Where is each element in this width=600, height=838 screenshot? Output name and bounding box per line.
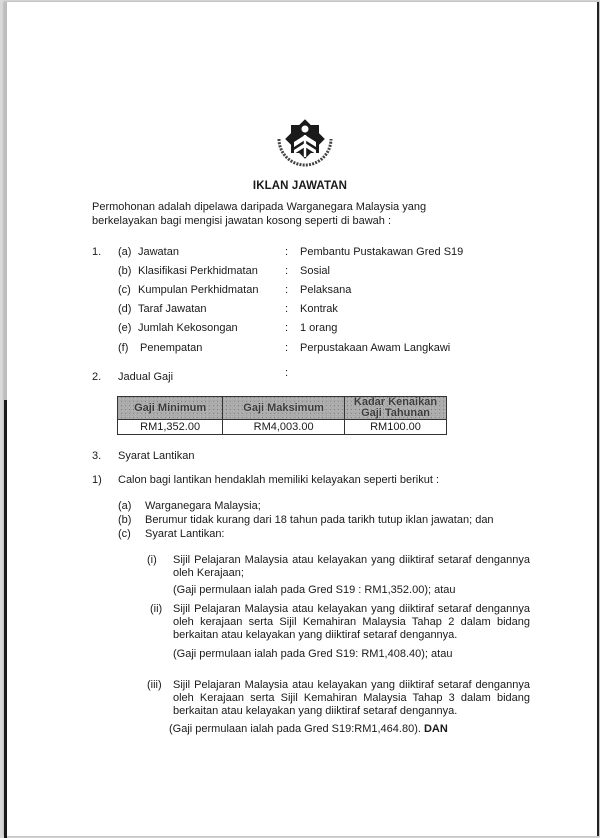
requirement-marker: (c) (118, 528, 131, 541)
job-detail-value: Sosial (300, 265, 330, 278)
intro-paragraph: Permohonan adalah dipelawa daripada Warg… (92, 200, 492, 228)
header-annual-increment: Kadar Kenaikan Gaji Tahunan (344, 397, 446, 420)
starting-salary-note: (Gaji permulaan ialah pada Gred S19: RM1… (173, 648, 452, 661)
job-detail-marker: (e) (118, 322, 131, 335)
requirement-marker: (a) (118, 500, 131, 513)
starting-salary-note: (Gaji permulaan ialah pada Gred S19 : RM… (173, 584, 456, 597)
job-detail-label: Jumlah Kekosongan (138, 322, 238, 335)
starting-salary-note-text: (Gaji permulaan ialah pada Gred S19 : RM… (173, 584, 456, 596)
requirements-number: 1) (92, 474, 102, 487)
job-detail-label: Kumpulan Perkhidmatan (138, 284, 258, 297)
job-detail-value: 1 orang (300, 322, 337, 335)
starting-salary-note: (Gaji permulaan ialah pada Gred S19:RM1,… (169, 723, 448, 736)
job-detail-value: Kontrak (300, 303, 338, 316)
starting-salary-note-text: (Gaji permulaan ialah pada Gred S19:RM1,… (169, 723, 421, 735)
header-min-salary: Gaji Minimum (118, 397, 223, 420)
job-detail-label: Klasifikasi Perkhidmatan (138, 265, 258, 278)
section-2-number: 2. (92, 371, 101, 384)
job-detail-label: Penempatan (140, 342, 202, 355)
job-detail-marker: (f) (118, 342, 128, 355)
requirement-text: Syarat Lantikan: (145, 528, 225, 541)
section-3-number: 3. (92, 450, 101, 463)
requirement-text: Berumur tidak kurang dari 18 tahun pada … (145, 514, 494, 527)
condition-marker: (ii) (150, 603, 162, 616)
job-detail-marker: (b) (118, 265, 131, 278)
job-detail-separator: : (285, 303, 288, 316)
appointment-requirements-heading: Syarat Lantikan (118, 450, 194, 463)
job-detail-separator: : (285, 246, 288, 259)
page-edge-shadow (4, 400, 7, 838)
condition-marker: (iii) (147, 679, 162, 692)
conjunction-and: DAN (424, 723, 448, 735)
condition-text: Sijil Pelajaran Malaysia atau kelayakan … (173, 603, 530, 642)
job-detail-separator: : (285, 342, 288, 355)
condition-marker: (i) (147, 554, 157, 567)
salary-schedule-heading: Jadual Gaji (118, 371, 173, 384)
header-annual-increment-line2: Gaji Tahunan (361, 407, 430, 419)
page-title: IKLAN JAWATAN (0, 180, 600, 192)
header-max-salary: Gaji Maksimum (223, 397, 345, 420)
job-detail-value: Pembantu Pustakawan Gred S19 (300, 246, 463, 259)
min-salary-value: RM1,352.00 (118, 420, 223, 435)
max-salary-value: RM4,003.00 (223, 420, 345, 435)
requirement-text: Warganegara Malaysia; (145, 500, 261, 513)
job-detail-separator: : (285, 284, 288, 297)
requirements-lead: Calon bagi lantikan hendaklah memiliki k… (118, 474, 439, 487)
job-detail-separator: : (285, 322, 288, 335)
job-detail-marker: (c) (118, 284, 131, 297)
salary-table: Gaji Minimum Gaji Maksimum Kadar Kenaika… (117, 396, 447, 435)
job-detail-separator: : (285, 265, 288, 278)
job-detail-value: Perpustakaan Awam Langkawi (300, 342, 450, 355)
condition-text: Sijil Pelajaran Malaysia atau kelayakan … (173, 554, 530, 580)
starting-salary-note-text: (Gaji permulaan ialah pada Gred S19: RM1… (173, 648, 452, 660)
job-detail-value: Pelaksana (300, 284, 351, 297)
job-detail-marker: (a) (118, 246, 131, 259)
condition-text: Sijil Pelajaran Malaysia atau kelayakan … (173, 679, 530, 718)
job-detail-marker: (d) (118, 303, 131, 316)
job-detail-label: Taraf Jawatan (138, 303, 206, 316)
job-detail-label: Jawatan (138, 246, 179, 259)
requirement-marker: (b) (118, 514, 131, 527)
library-logo-icon (269, 112, 341, 176)
annual-increment-value: RM100.00 (344, 420, 446, 435)
section-1-number: 1. (92, 246, 101, 259)
salary-schedule-separator: : (285, 367, 288, 380)
